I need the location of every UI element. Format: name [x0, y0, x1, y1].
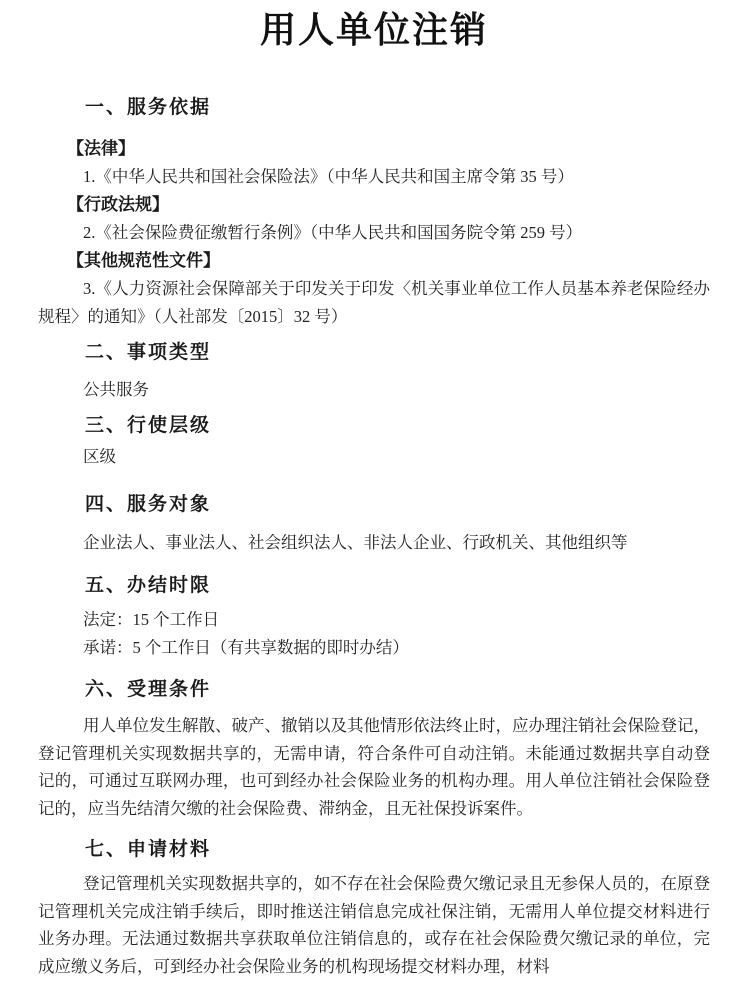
- statutory-time-limit: 法定：15 个工作日: [38, 606, 710, 634]
- section-service-basis: 一、服务依据 【法律】 1.《中华人民共和国社会保险法》（中华人民共和国主席令第…: [38, 95, 710, 331]
- heading-application-materials: 七、申请材料: [38, 837, 710, 863]
- section-application-materials: 七、申请材料 登记管理机关实现数据共享的，如不存在社会保险费欠缴记录且无参保人员…: [38, 837, 710, 980]
- law-category-label: 【法律】: [38, 135, 710, 163]
- document-page: { "document": { "title": "用人单位注销", "sect…: [0, 0, 746, 1000]
- section-acceptance-conditions: 六、受理条件 用人单位发生解散、破产、撤销以及其他情形依法终止时，应办理注销社会…: [38, 677, 710, 822]
- other-documents-category-label: 【其他规范性文件】: [38, 247, 710, 275]
- legal-reference: 2.《社会保险费征缴暂行条例》（中华人民共和国国务院令第 259 号）: [38, 219, 710, 247]
- acceptance-conditions-paragraph: 用人单位发生解散、破产、撤销以及其他情形依法终止时，应办理注销社会保险登记，登记…: [38, 712, 710, 822]
- section-time-limit: 五、办结时限 法定：15 个工作日 承诺：5 个工作日（有共享数据的即时办结）: [38, 573, 710, 662]
- legal-reference: 3.《人力资源社会保障部关于印发关于印发〈机关事业单位工作人员基本养老保险经办规…: [38, 275, 710, 331]
- service-target-value: 企业法人、事业法人、社会组织法人、非法人企业、行政机关、其他组织等: [38, 529, 710, 557]
- section-service-target: 四、服务对象 企业法人、事业法人、社会组织法人、非法人企业、行政机关、其他组织等: [38, 492, 710, 557]
- application-materials-paragraph: 登记管理机关实现数据共享的，如不存在社会保险费欠缴记录且无参保人员的，在原登记管…: [38, 870, 710, 980]
- section-exercise-level: 三、行使层级 区级: [38, 413, 710, 471]
- document-title: 用人单位注销: [38, 8, 710, 52]
- exercise-level-value: 区级: [38, 443, 710, 471]
- heading-service-target: 四、服务对象: [38, 492, 710, 518]
- heading-item-type: 二、事项类型: [38, 340, 710, 366]
- heading-acceptance-conditions: 六、受理条件: [38, 677, 710, 703]
- heading-time-limit: 五、办结时限: [38, 573, 710, 599]
- promised-time-limit: 承诺：5 个工作日（有共享数据的即时办结）: [38, 634, 710, 662]
- regulation-category-label: 【行政法规】: [38, 191, 710, 219]
- legal-reference: 1.《中华人民共和国社会保险法》（中华人民共和国主席令第 35 号）: [38, 163, 710, 191]
- heading-exercise-level: 三、行使层级: [38, 413, 710, 439]
- section-item-type: 二、事项类型 公共服务: [38, 340, 710, 404]
- heading-service-basis: 一、服务依据: [38, 95, 710, 121]
- item-type-value: 公共服务: [38, 376, 710, 404]
